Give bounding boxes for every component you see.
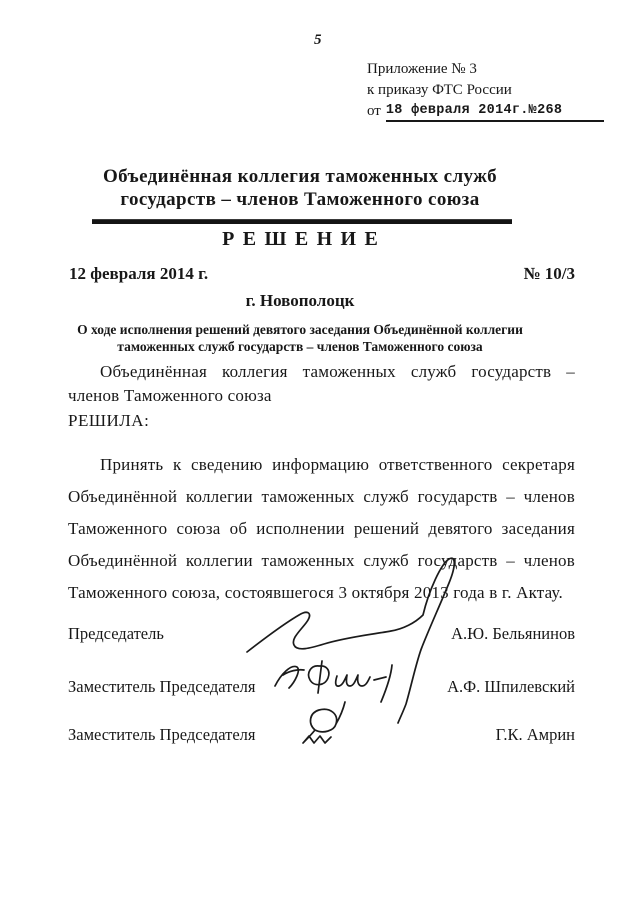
document-place: г. Новополоцк [70, 291, 530, 311]
organization-title-line-1: Объединённая коллегия таможенных служб [70, 165, 530, 188]
appendix-line-1: Приложение № 3 [367, 59, 604, 80]
signature-name: Г.К. Амрин [496, 725, 575, 745]
handwritten-signatures [235, 552, 455, 764]
appendix-date-line: от 18 февраля 2014г.№268 [367, 101, 604, 122]
document-date: 12 февраля 2014 г. [69, 264, 208, 284]
signature-ink-amrin [303, 702, 345, 743]
appendix-line-2: к приказу ФТС России [367, 80, 604, 101]
letterhead-divider-rule [92, 219, 512, 224]
document-page: 5 Приложение № 3 к приказу ФТС России от… [0, 0, 640, 905]
organization-title: Объединённая коллегия таможенных служб г… [70, 165, 530, 211]
signature-title: Заместитель Председателя [68, 725, 256, 745]
organization-title-line-2: государств – членов Таможенного союза [70, 188, 530, 211]
subject-line-2: таможенных служб государств – членов Там… [50, 338, 550, 355]
signature-ink-belyaninov [247, 558, 454, 723]
subject-line-1: О ходе исполнения решений девятого засед… [50, 321, 550, 338]
signature-name: А.Ю. Бельянинов [451, 624, 575, 644]
stamped-order-date: 18 февраля 2014г.№268 [386, 101, 604, 122]
signature-title: Заместитель Председателя [68, 677, 256, 697]
resolved-label: РЕШИЛА: [68, 411, 149, 431]
date-number-row: 12 февраля 2014 г. № 10/3 [69, 264, 575, 284]
document-number: № 10/3 [523, 264, 575, 284]
document-type-heading: РЕШЕНИЕ [70, 228, 530, 251]
page-number: 5 [314, 32, 322, 49]
appendix-block: Приложение № 3 к приказу ФТС России от 1… [367, 59, 604, 122]
subject-heading: О ходе исполнения решений девятого засед… [50, 321, 550, 355]
appendix-date-prefix: от [367, 101, 381, 122]
signature-title: Председатель [68, 624, 164, 644]
preamble-paragraph: Объединённая коллегия таможенных служб г… [68, 360, 575, 408]
signature-ink-shpilevsky [275, 661, 392, 702]
signature-name: А.Ф. Шпилевский [447, 677, 575, 697]
